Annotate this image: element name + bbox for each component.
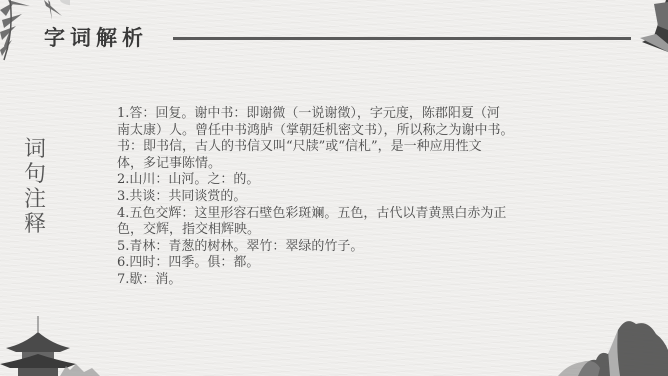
side-label-char: 释 (22, 212, 48, 237)
title-divider (173, 37, 631, 40)
note-line: 色，交辉，指交相辉映。 (117, 222, 557, 239)
slide: 字词解析 词 句 注 释 1.答：回复。谢中书：即谢微（一说谢徵），字元度，陈郡… (0, 0, 668, 376)
side-label-char: 词 (22, 137, 48, 162)
note-line: 2.山川：山河。之：的。 (117, 172, 557, 189)
side-label-char: 句 (22, 162, 48, 187)
side-label-char: 注 (22, 187, 48, 212)
note-line: 书：即书信，古人的书信又叫“尺牍”或“信札”，是一种应用性文 (117, 139, 557, 156)
note-line: 1.答：回复。谢中书：即谢微（一说谢徵），字元度，陈郡阳夏（河 (117, 106, 557, 123)
note-line: 南太康）人。曾任中书鸿胪（掌朝廷机密文书），所以称之为谢中书。 (117, 123, 557, 140)
ink-mountain-icon (538, 310, 668, 376)
note-line: 5.青林：青葱的树林。翠竹：翠绿的竹子。 (117, 239, 557, 256)
note-line: 7.歇：消。 (117, 272, 557, 289)
pagoda-icon (0, 310, 120, 376)
ornament-corner-icon (628, 0, 668, 52)
note-line: 4.五色交辉：这里形容石壁色彩斑斓。五色，古代以青黄黑白赤为正 (117, 206, 557, 223)
annotation-list: 1.答：回复。谢中书：即谢微（一说谢徵），字元度，陈郡阳夏（河 南太康）人。曾任… (117, 106, 557, 289)
section-label-vertical: 词 句 注 释 (22, 137, 48, 237)
page-title: 字词解析 (44, 22, 148, 52)
note-line: 体，多记事陈情。 (117, 156, 557, 173)
note-line: 3.共谈：共同谈赏的。 (117, 189, 557, 206)
note-line: 6.四时：四季。俱：都。 (117, 255, 557, 272)
